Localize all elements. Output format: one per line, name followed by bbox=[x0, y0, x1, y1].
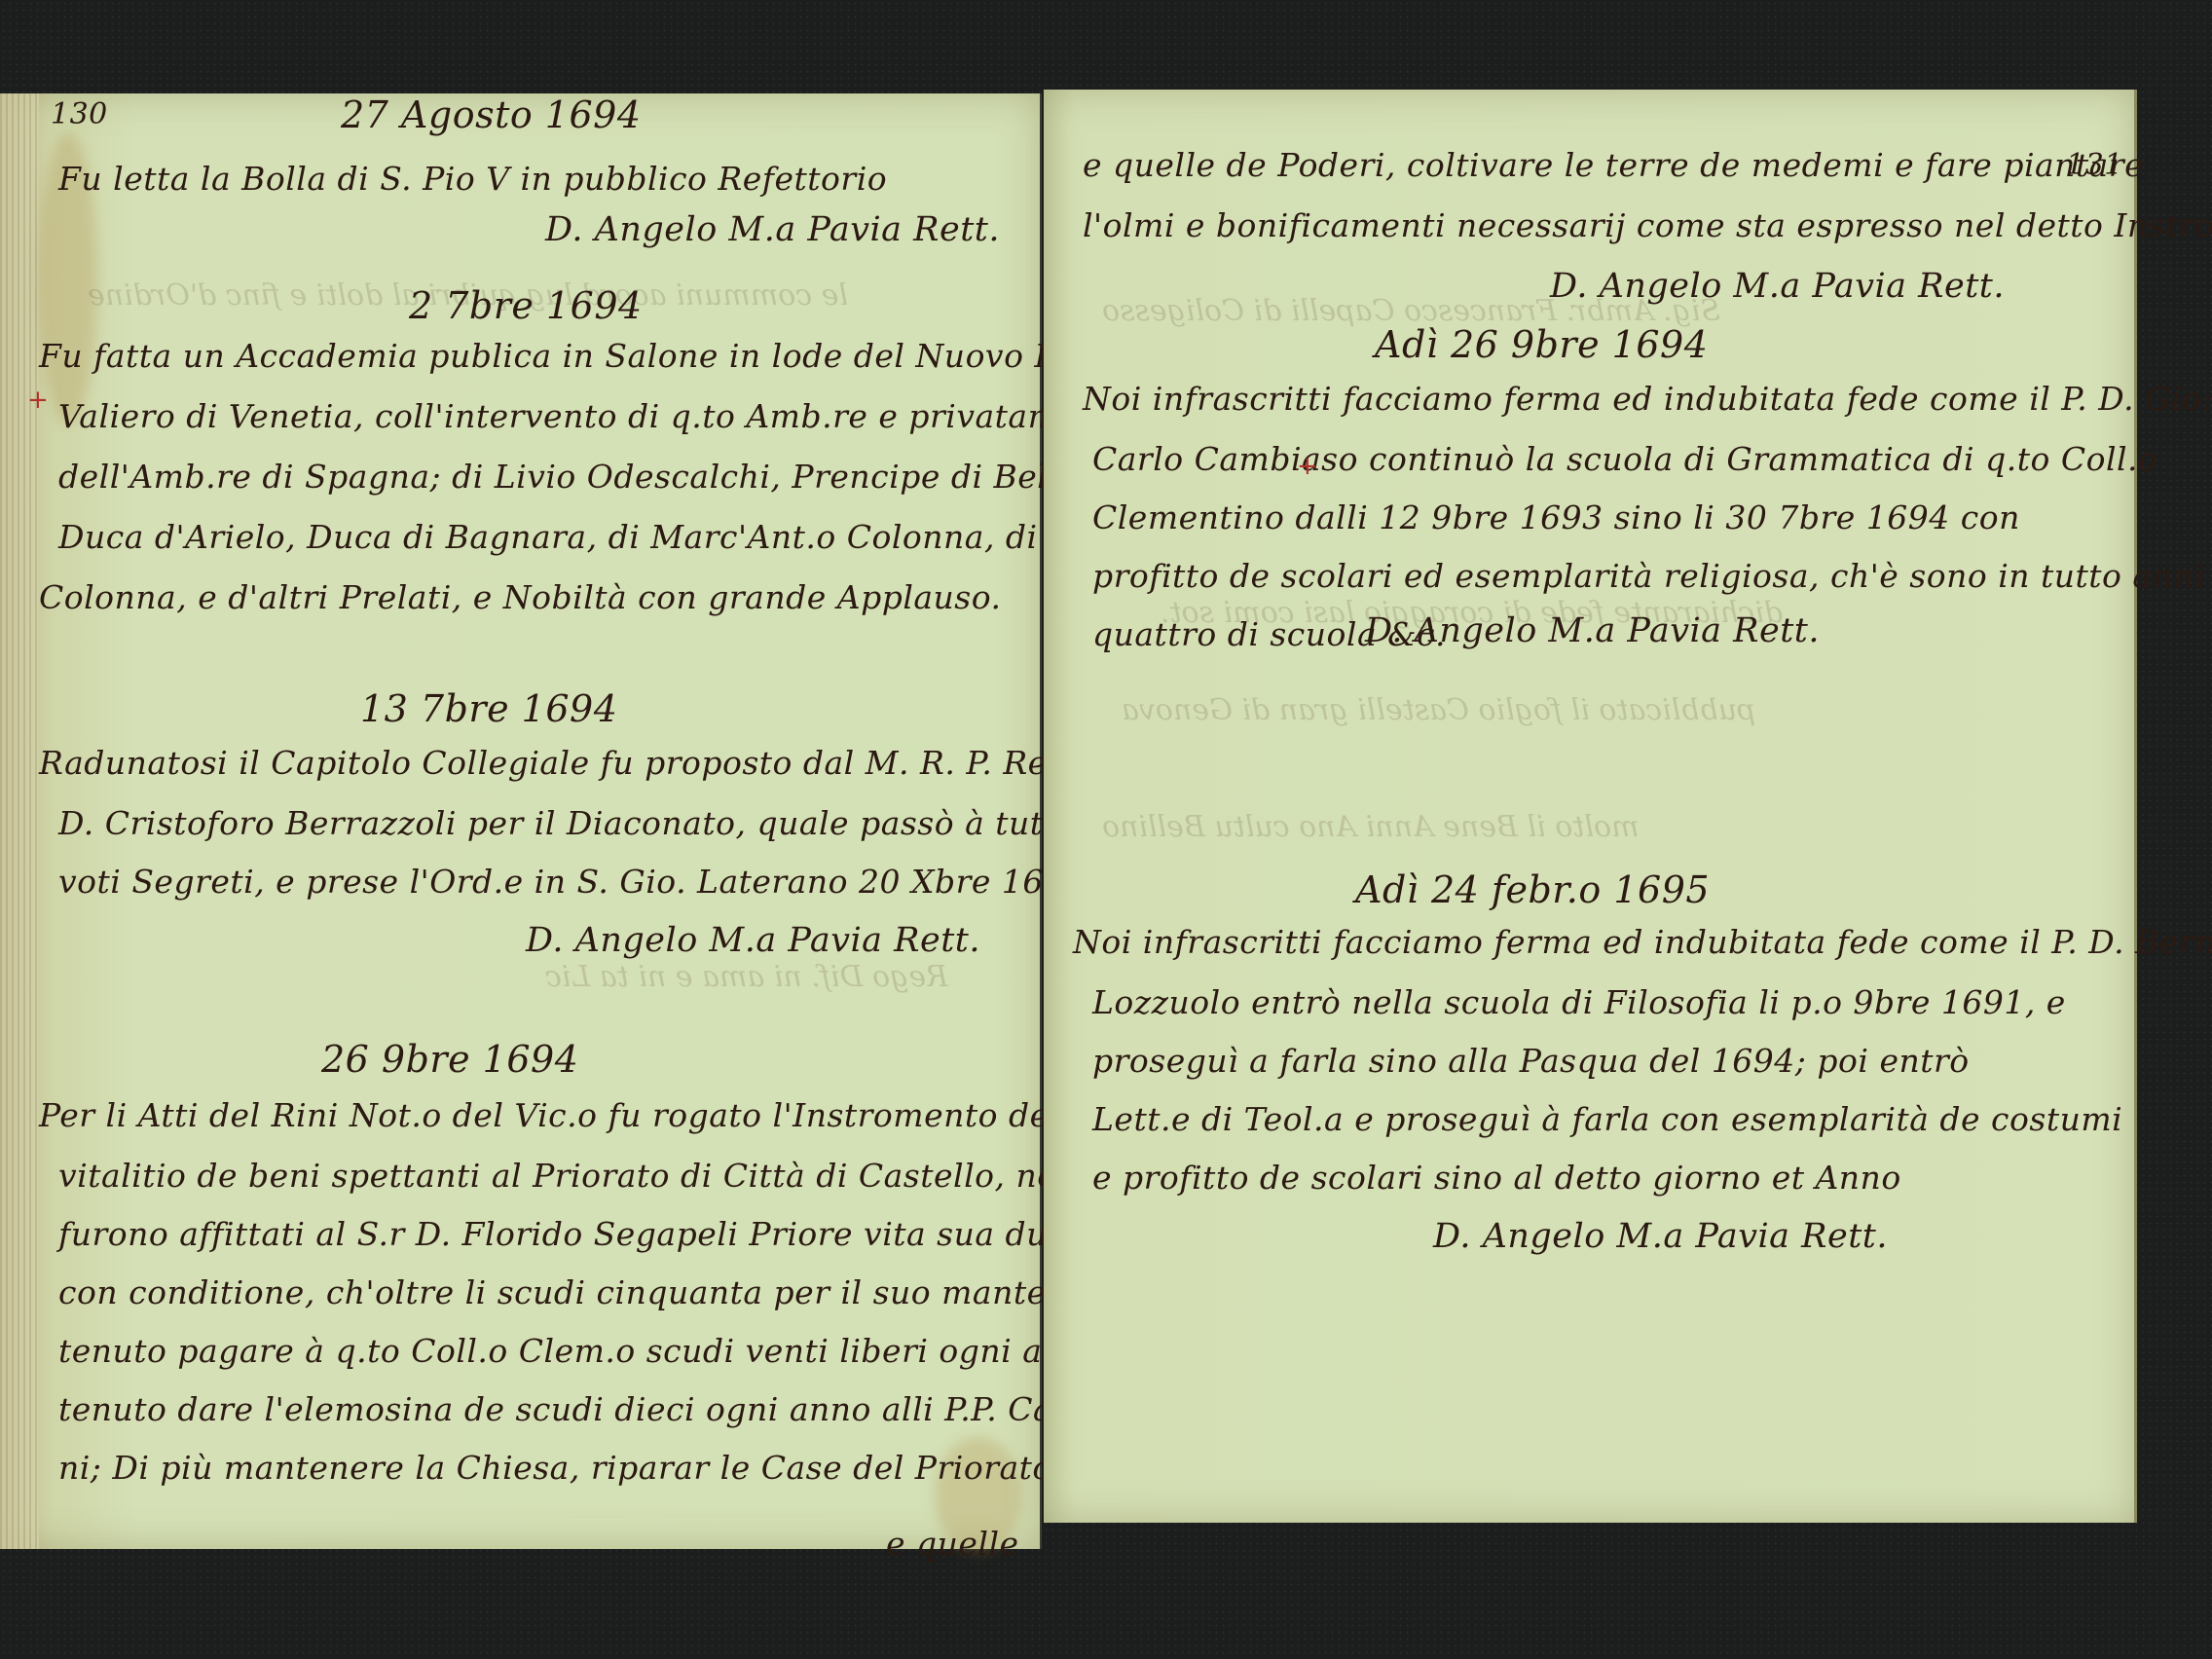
entry-line: Clementino dalli 12 9bre 1693 sino li 30… bbox=[1092, 498, 2020, 536]
right-page: Sig. Ambr. Francesco Capelli di Coligess… bbox=[1044, 90, 2137, 1523]
entry-line: Lozzuolo entrò nella scuola di Filosofia… bbox=[1092, 983, 2066, 1021]
entry-line: D. Cristoforo Berrazzoli per il Diaconat… bbox=[58, 804, 1099, 842]
entry-line: Valiero di Venetia, coll'intervento di q… bbox=[58, 397, 1102, 435]
entry-signature: D. Angelo M.a Pavia Rett. bbox=[1550, 267, 2005, 306]
entry-line: Duca d'Arielo, Duca di Bagnara, di Marc'… bbox=[58, 518, 1139, 556]
entry-line: Radunatosi il Capitolo Collegiale fu pro… bbox=[39, 744, 1129, 782]
entry-line: l'olmi e bonificamenti necessarij come s… bbox=[1083, 206, 2212, 244]
bleed-through-text: Rego Dif. ni ama e ni ta Lic bbox=[545, 960, 948, 994]
bleed-through-text: molto il Bene Anni Ano cultu Bellino bbox=[1102, 810, 1640, 844]
entry-line: proseguì a farla sino alla Pasqua del 16… bbox=[1092, 1042, 1970, 1080]
bleed-through-text: pubblicato il foglio Castelli gran di Ge… bbox=[1122, 693, 1755, 727]
entry-line: Carlo Cambiaso continuò la scuola di Gra… bbox=[1092, 440, 2157, 478]
entry-date: 13 7bre 1694 bbox=[360, 687, 617, 730]
entry-line: vitalitio de beni spettanti al Priorato … bbox=[58, 1157, 1170, 1195]
page-edge-stack bbox=[0, 93, 39, 1549]
entry-date: Adì 26 9bre 1694 bbox=[1375, 323, 1708, 366]
entry-line: e profitto de scolari sino al detto gior… bbox=[1092, 1159, 1901, 1197]
entry-signature: D. Angelo M.a Pavia Rett. bbox=[1433, 1217, 1888, 1256]
entry-line: Colonna, e d'altri Prelati, e Nobiltà co… bbox=[39, 578, 1002, 616]
entry-line: Noi infrascritti facciamo ferma ed indub… bbox=[1083, 380, 2212, 418]
entry-line: profitto de scolari ed esemplarità relig… bbox=[1092, 557, 2205, 595]
entry-date: Adì 24 febr.o 1695 bbox=[1355, 868, 1710, 911]
entry-signature: D. Angelo M.a Pavia Rett. bbox=[1365, 611, 1820, 650]
entry-date: 27 Agosto 1694 bbox=[341, 93, 642, 136]
entry-line: Lett.e di Teol.a e proseguì à farla con … bbox=[1092, 1100, 2122, 1138]
red-cross-mark: + bbox=[27, 386, 49, 415]
entry-line: Fu letta la Bolla di S. Pio V in pubblic… bbox=[58, 160, 887, 198]
entry-line: voti Segreti, e prese l'Ord.e in S. Gio.… bbox=[58, 863, 1096, 901]
entry-date: 2 7bre 1694 bbox=[409, 284, 643, 327]
entry-line: Fu fatta un Accademia publica in Salone … bbox=[39, 337, 1121, 375]
entry-signature: D. Angelo M.a Pavia Rett. bbox=[545, 210, 1000, 249]
entry-line: Per li Atti del Rini Not.o del Vic.o fu … bbox=[39, 1096, 1185, 1134]
folio-number: 130 bbox=[51, 97, 108, 131]
entry-line: dell'Amb.re di Spagna; di Livio Odescalc… bbox=[58, 458, 1162, 496]
entry-line: tenuto dare l'elemosina de scudi dieci o… bbox=[58, 1390, 1163, 1428]
entry-line: e quelle de Poderi, coltivare le terre d… bbox=[1083, 146, 2144, 184]
catchword: e quelle bbox=[886, 1525, 1019, 1563]
left-page: le communi acord lug quibri al dolti e f… bbox=[0, 93, 1042, 1549]
entry-signature: D. Angelo M.a Pavia Rett. bbox=[526, 921, 980, 960]
entry-line: Noi infrascritti facciamo ferma ed indub… bbox=[1073, 923, 2212, 961]
entry-date: 26 9bre 1694 bbox=[321, 1038, 578, 1081]
entry-line: furono affittati al S.r D. Florido Segap… bbox=[58, 1215, 1148, 1253]
red-cross-mark: + bbox=[1297, 452, 1318, 481]
open-book: le communi acord lug quibri al dolti e f… bbox=[0, 90, 2159, 1550]
entry-line: ni; Di più mantenere la Chiesa, riparar … bbox=[58, 1449, 1063, 1487]
